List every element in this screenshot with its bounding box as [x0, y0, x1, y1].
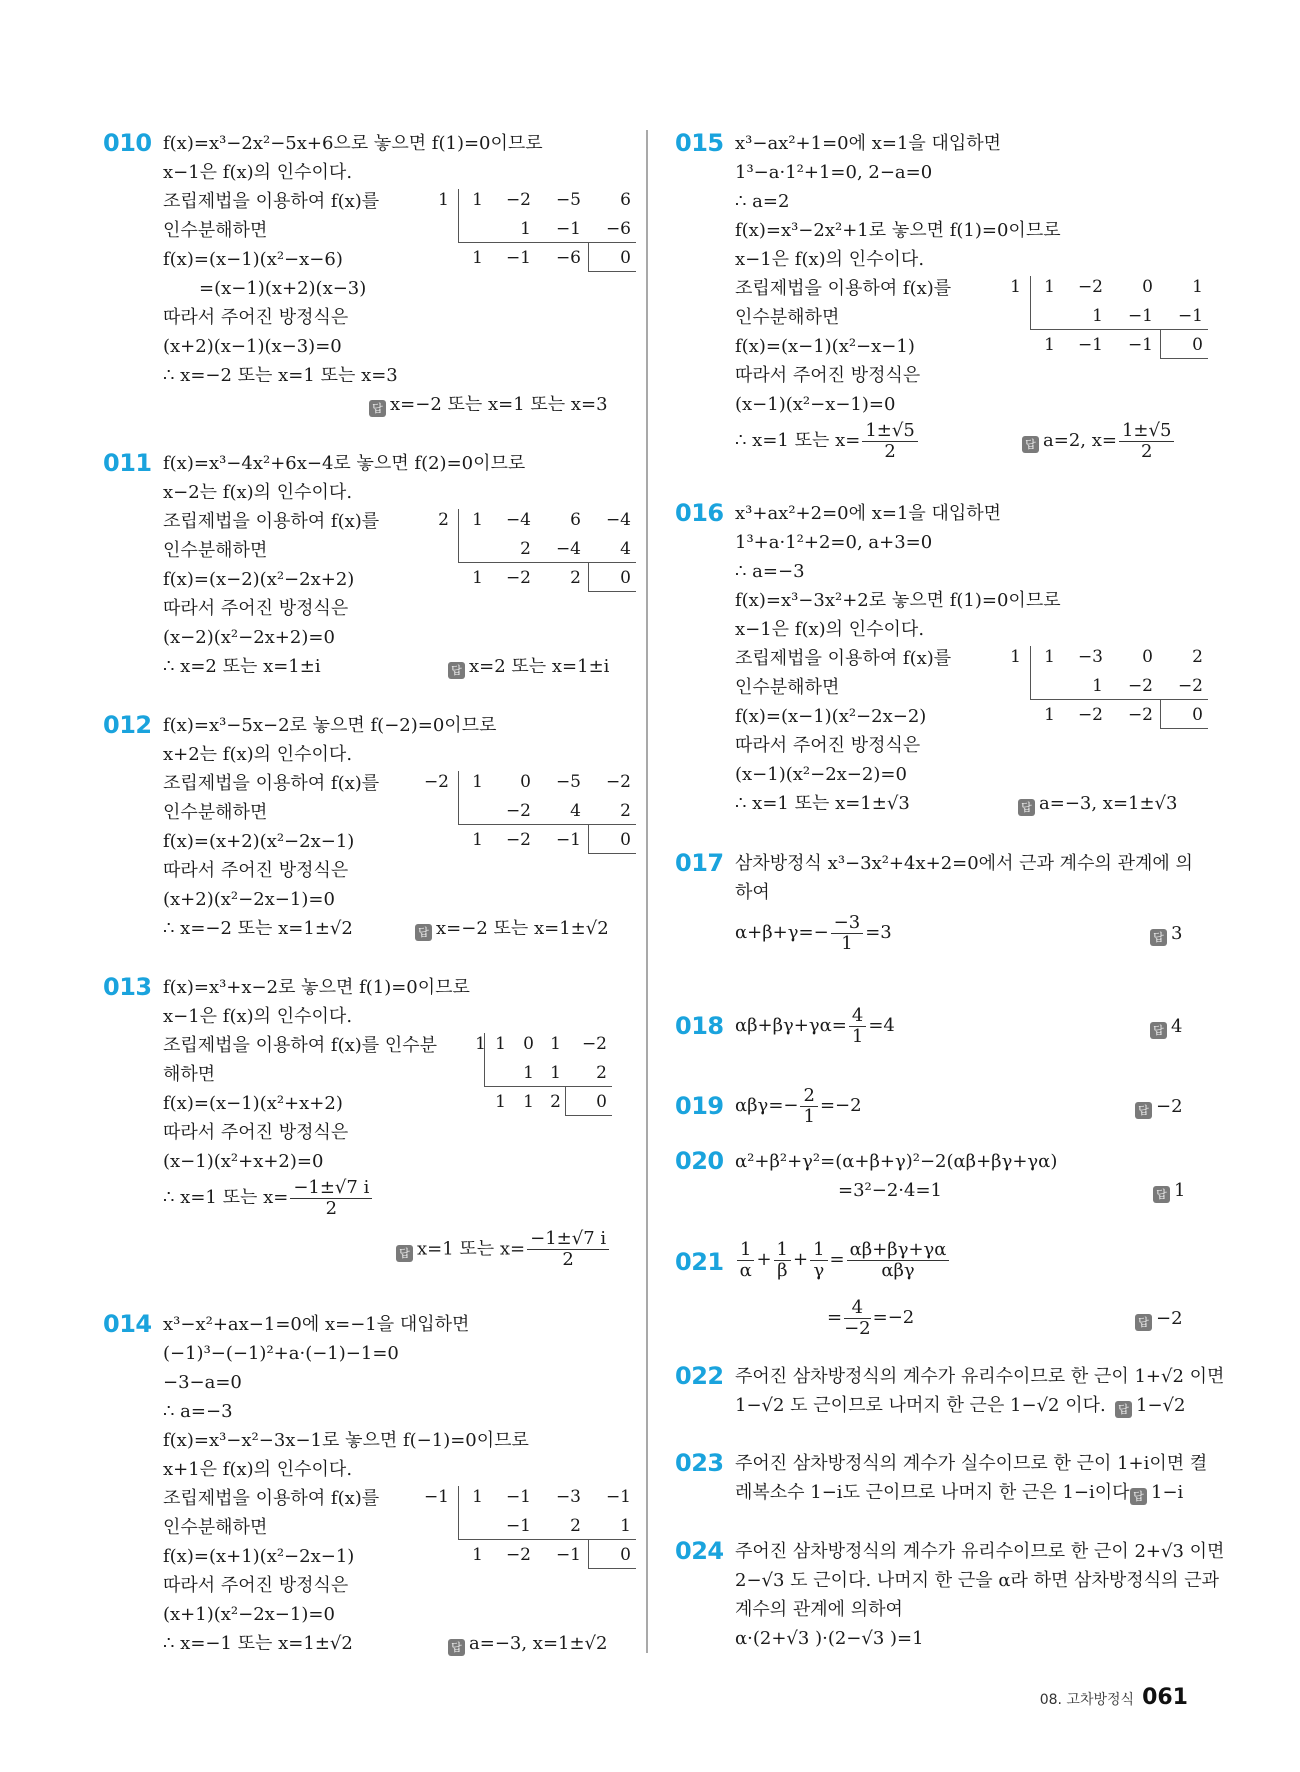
synth-cell: −2: [491, 1542, 531, 1568]
solution-line: x−1은 f(x)의 인수이다.: [735, 615, 1061, 644]
numerator: αβ+βγ+γα: [847, 1240, 950, 1261]
solution-line: 하여: [735, 878, 1193, 907]
solution-line: x−1은 f(x)의 인수이다.: [163, 158, 543, 187]
fraction: 1±√52: [862, 421, 917, 462]
solution-line: f(x)=x³−4x²+6x−4로 놓으면 f(2)=0이므로: [163, 449, 525, 478]
solution-line: 1³−a·1²+1=0, 2−a=0: [735, 158, 1061, 187]
fraction: 1±√52: [1119, 421, 1174, 462]
answer-text: 1−i: [1151, 1482, 1183, 1503]
page-footer: 08. 고차방정식061: [1040, 1685, 1188, 1710]
solution-line: x+2는 f(x)의 인수이다.: [163, 740, 496, 769]
numerator: 1: [737, 1240, 754, 1261]
synth-cell: −1: [1163, 303, 1203, 329]
solution-line: x+1은 f(x)의 인수이다.: [163, 1455, 529, 1484]
solution-line: x³−x²+ax−1=0에 x=−1을 대입하면: [163, 1310, 529, 1339]
denominator: 2: [527, 1250, 609, 1270]
solution-line: f(x)=x³−x²−3x−1로 놓으면 f(−1)=0이므로: [163, 1426, 529, 1455]
solution-line: (x+1)(x²−2x−1)=0: [163, 1600, 529, 1629]
denominator: γ: [810, 1261, 827, 1281]
solution-line: ∴ a=−3: [735, 557, 1061, 586]
synth-cell: −2: [1063, 702, 1103, 728]
solution-line: α·(2+√3 )·(2−√3 )=1: [735, 1624, 1224, 1653]
solution-line: 따라서 주어진 방정식은: [163, 856, 496, 885]
answer-marker-icon: 답: [1130, 1488, 1147, 1505]
chapter-title: 08. 고차방정식: [1040, 1692, 1134, 1708]
solution-line: 따라서 주어진 방정식은: [163, 1118, 470, 1147]
fraction: 4−2: [844, 1298, 871, 1339]
problem-number: 024: [675, 1537, 724, 1566]
answer: 답1−i: [1130, 1478, 1183, 1507]
synth-cell: −1: [491, 1513, 531, 1539]
solution-body: αβγ=−21=−2: [735, 1084, 862, 1128]
numerator: 1: [810, 1240, 827, 1261]
solution-line: (x+2)(x²−2x−1)=0: [163, 885, 496, 914]
synth-cell: 1: [1063, 303, 1103, 329]
equation-text: =−2: [873, 1307, 915, 1328]
column-divider: [646, 130, 648, 1653]
answer-marker-icon: 답: [1022, 436, 1039, 453]
equation-text: αβγ=−: [735, 1095, 798, 1116]
synth-cell: 4: [541, 798, 581, 824]
synth-cell: −2: [491, 187, 531, 213]
answer: 답x=−2 또는 x=1±√2: [415, 914, 609, 943]
numerator: 4: [844, 1298, 871, 1319]
numerator: 4: [849, 1006, 866, 1027]
synth-cell: 6: [591, 187, 631, 213]
answer: 답x=2 또는 x=1±i: [448, 652, 609, 681]
synth-cell: 2: [491, 536, 531, 562]
answer: 답x=1 또는 x=−1±√7 i2: [396, 1229, 611, 1270]
synth-cell: 1: [1015, 274, 1055, 300]
solution-line: α²+β²+γ²=(α+β+γ)²−2(αβ+βγ+γα): [735, 1147, 1057, 1176]
solution-line: −3−a=0: [163, 1368, 529, 1397]
synth-cell: −2: [491, 827, 531, 853]
numerator: −1±√7 i: [290, 1178, 372, 1199]
problem-number: 010: [103, 129, 152, 158]
solution-line: ∴ a=2: [735, 187, 1061, 216]
denominator: α: [737, 1261, 754, 1281]
solution-body: α²+β²+γ²=(α+β+γ)²−2(αβ+βγ+γα) =3²−2·4=1: [735, 1147, 1057, 1205]
answer: 답3: [1150, 919, 1182, 948]
synth-cell: 0: [591, 827, 631, 853]
synth-cell: 1: [443, 187, 483, 213]
synth-cell: 2: [521, 1089, 561, 1115]
fraction: 41: [849, 1006, 866, 1047]
answer-text: 1−√2: [1136, 1395, 1185, 1416]
answer: 답a=−3, x=1±√2: [448, 1629, 607, 1658]
solution-line: x−1은 f(x)의 인수이다.: [163, 1002, 470, 1031]
synth-cell: −1: [591, 1484, 631, 1510]
synth-cell: 0: [491, 769, 531, 795]
synth-cell: 2: [591, 798, 631, 824]
synth-cell: −1: [491, 245, 531, 271]
synth-cell: 0: [591, 1542, 631, 1568]
solution-line: 따라서 주어진 방정식은: [735, 731, 1061, 760]
fraction: 1β: [774, 1240, 791, 1281]
denominator: 1: [831, 934, 864, 954]
synth-cell: −2: [1063, 274, 1103, 300]
solution-line: ∴ x=1 또는 x=−1±√7 i2: [163, 1176, 470, 1220]
answer-marker-icon: 답: [1150, 1022, 1167, 1039]
solution-line: x³−ax²+1=0에 x=1을 대입하면: [735, 129, 1061, 158]
numerator: 1±√5: [1119, 421, 1174, 442]
denominator: 2: [862, 442, 917, 462]
solution-line: 계수의 관계에 의하여: [735, 1595, 1224, 1624]
synth-cell: 6: [541, 507, 581, 533]
solution-line: x³+ax²+2=0에 x=1을 대입하면: [735, 499, 1061, 528]
page-number: 061: [1142, 1685, 1188, 1710]
synth-cell: 0: [591, 245, 631, 271]
synth-cell: −6: [591, 216, 631, 242]
problem-number: 023: [675, 1449, 724, 1478]
answer-text: −2: [1156, 1308, 1183, 1329]
solution-line: 따라서 주어진 방정식은: [163, 303, 543, 332]
equation-text: αβ+βγ+γα=: [735, 1015, 847, 1036]
synth-cell: 1: [1163, 274, 1203, 300]
solution-body: 주어진 삼차방정식의 계수가 유리수이므로 한 근이 2+√3 이면 2−√3 …: [735, 1537, 1224, 1653]
problem-number: 015: [675, 129, 724, 158]
synth-cell: −2: [1163, 673, 1203, 699]
equation-text: α+β+γ=−: [735, 922, 829, 943]
answer-text: a=−3, x=1±√2: [469, 1633, 607, 1654]
problem-number: 020: [675, 1147, 724, 1176]
synth-cell: 1: [443, 565, 483, 591]
synth-cell: 2: [541, 565, 581, 591]
denominator: 2: [290, 1199, 372, 1219]
problem-number: 021: [675, 1248, 724, 1277]
synth-cell: 0: [1163, 702, 1203, 728]
synth-cell: −3: [541, 1484, 581, 1510]
solution-line: 해하면: [163, 1060, 470, 1089]
synth-cell: 1: [1015, 644, 1055, 670]
equation-text: ∴ x=1 또는 x=: [163, 1187, 288, 1208]
solution-line: ∴ x=1 또는 x=1±√3: [735, 789, 1061, 818]
fraction: 1γ: [810, 1240, 827, 1281]
answer-marker-icon: 답: [448, 662, 465, 679]
solution-line: f(x)=x³−2x²+1로 놓으면 f(1)=0이므로: [735, 216, 1061, 245]
synth-cell: 1: [443, 507, 483, 533]
synth-cell: −2: [491, 798, 531, 824]
synth-cell: 1: [443, 769, 483, 795]
solution-line: 삼차방정식 x³−3x²+4x+2=0에서 근과 계수의 관계에 의: [735, 849, 1193, 878]
solution-line: ∴ a=−3: [163, 1397, 529, 1426]
answer-text: x=1 또는 x=: [417, 1239, 525, 1260]
solution-line: αβγ=−21=−2: [735, 1084, 862, 1128]
solution-line: f(x)=x³−3x²+2로 놓으면 f(1)=0이므로: [735, 586, 1061, 615]
solution-line: 2−√3 도 근이다. 나머지 한 근을 α라 하면 삼차방정식의 근과: [735, 1566, 1224, 1595]
synth-cell: −1: [491, 1484, 531, 1510]
solution-line: 주어진 삼차방정식의 계수가 실수이므로 한 근이 1+i이면 켤: [735, 1449, 1207, 1478]
solution-line: (x−1)(x²−2x−2)=0: [735, 760, 1061, 789]
equation-text: ∴ x=1 또는 x=: [735, 430, 860, 451]
problem-number: 011: [103, 449, 152, 478]
solution-line: (x+2)(x−1)(x−3)=0: [163, 332, 543, 361]
solution-line: 따라서 주어진 방정식은: [735, 361, 1061, 390]
denominator: 1: [849, 1027, 866, 1047]
numerator: −1±√7 i: [527, 1229, 609, 1250]
solution-line: 1³+a·1²+2=0, a+3=0: [735, 528, 1061, 557]
synth-cell: 1: [591, 1513, 631, 1539]
answer-marker-icon: 답: [1153, 1186, 1170, 1203]
solution-line: f(x)=(x−1)(x²+x+2): [163, 1089, 470, 1118]
synth-cell: −1: [541, 827, 581, 853]
answer: 답a=−3, x=1±√3: [1018, 789, 1177, 818]
denominator: β: [774, 1261, 791, 1281]
answer-text: a=2, x=: [1043, 430, 1117, 451]
fraction: −1±√7 i2: [527, 1229, 609, 1270]
synth-cell: −2: [491, 565, 531, 591]
solution-line: f(x)=x³+x−2로 놓으면 f(1)=0이므로: [163, 973, 470, 1002]
synth-cell: −1: [541, 1542, 581, 1568]
synth-cell: −4: [491, 507, 531, 533]
synth-cell: 1: [521, 1060, 561, 1086]
solution-line: f(x)=x³−5x−2로 놓으면 f(−2)=0이므로: [163, 711, 496, 740]
answer: 답1−√2: [1115, 1391, 1185, 1420]
answer: 답−2: [1135, 1304, 1183, 1333]
problem-number: 013: [103, 973, 152, 1002]
fraction: −1±√7 i2: [290, 1178, 372, 1219]
answer-marker-icon: 답: [415, 924, 432, 941]
solution-line: 1α+1β+1γ=αβ+βγ+γααβγ: [735, 1238, 951, 1282]
problem-number: 018: [675, 1012, 724, 1041]
answer-marker-icon: 답: [1115, 1401, 1132, 1418]
synth-cell: 1: [1015, 702, 1055, 728]
numerator: 1: [774, 1240, 791, 1261]
answer: 답1: [1153, 1176, 1185, 1205]
solution-line: f(x)=x³−2x²−5x+6으로 놓으면 f(1)=0이므로: [163, 129, 543, 158]
answer: 답x=−2 또는 x=1 또는 x=3: [369, 390, 608, 419]
answer: 답4: [1150, 1012, 1182, 1041]
answer-text: −2: [1156, 1096, 1183, 1117]
synth-cell: 1: [491, 216, 531, 242]
synth-cell: −4: [541, 536, 581, 562]
answer-text: 1: [1174, 1180, 1185, 1201]
problem-number: 019: [675, 1092, 724, 1121]
problem-number: 014: [103, 1310, 152, 1339]
solution-line: x−2는 f(x)의 인수이다.: [163, 478, 525, 507]
synth-cell: 1: [521, 1031, 561, 1057]
solution-line: =(x−1)(x+2)(x−3): [163, 274, 543, 303]
solution-line: (x−2)(x²−2x+2)=0: [163, 623, 525, 652]
answer-marker-icon: 답: [369, 400, 386, 417]
synth-cell: 0: [1113, 644, 1153, 670]
synth-cell: −6: [541, 245, 581, 271]
solution-line: αβ+βγ+γα=41=4: [735, 1004, 895, 1048]
solution-line: 따라서 주어진 방정식은: [163, 594, 525, 623]
solution-line: ∴ x=1 또는 x=1±√52: [735, 419, 1061, 463]
numerator: 2: [800, 1086, 817, 1107]
solution-line: =4−2=−2: [735, 1296, 951, 1340]
synth-cell: 0: [1163, 332, 1203, 358]
synth-cell: −5: [541, 769, 581, 795]
answer-text: 4: [1171, 1016, 1182, 1037]
synth-cell: 2: [541, 1513, 581, 1539]
equation-text: =3: [865, 922, 892, 943]
synth-cell: −1: [1113, 303, 1153, 329]
solution-body: f(x)=x³+x−2로 놓으면 f(1)=0이므로 x−1은 f(x)의 인수…: [163, 973, 470, 1220]
problem-number: 022: [675, 1362, 724, 1391]
numerator: 1±√5: [862, 421, 917, 442]
fraction: αβ+βγ+γααβγ: [847, 1240, 950, 1281]
denominator: αβγ: [847, 1261, 950, 1281]
solution-line: x−1은 f(x)의 인수이다.: [735, 245, 1061, 274]
problem-number: 016: [675, 499, 724, 528]
synth-cell: 0: [591, 565, 631, 591]
synth-cell: 1: [443, 245, 483, 271]
synth-cell: −2: [591, 769, 631, 795]
synth-cell: 1: [443, 1484, 483, 1510]
solution-line: α+β+γ=−−31=3: [735, 911, 1193, 955]
solution-line: (−1)³−(−1)²+a·(−1)−1=0: [163, 1339, 529, 1368]
synth-cell: −2: [567, 1031, 607, 1057]
solution-line: 주어진 삼차방정식의 계수가 유리수이므로 한 근이 2+√3 이면: [735, 1537, 1224, 1566]
synth-cell: 0: [1113, 274, 1153, 300]
answer-marker-icon: 답: [448, 1639, 465, 1656]
answer-text: x=2 또는 x=1±i: [469, 656, 609, 677]
synth-cell: −1: [1113, 332, 1153, 358]
answer-marker-icon: 답: [1018, 799, 1035, 816]
solution-line: (x−1)(x²+x+2)=0: [163, 1147, 470, 1176]
denominator: 1: [800, 1107, 817, 1127]
denominator: −2: [844, 1319, 871, 1339]
synth-cell: −1: [1063, 332, 1103, 358]
answer-text: x=−2 또는 x=1±√2: [436, 918, 609, 939]
equation-text: =4: [868, 1015, 895, 1036]
synth-cell: −2: [1113, 702, 1153, 728]
problem-number: 017: [675, 849, 724, 878]
fraction: 1α: [737, 1240, 754, 1281]
synth-cell: 4: [591, 536, 631, 562]
solution-body: 1α+1β+1γ=αβ+βγ+γααβγ =4−2=−2: [735, 1238, 951, 1340]
synth-cell: 1: [443, 1542, 483, 1568]
fraction: 21: [800, 1086, 817, 1127]
problem-number: 012: [103, 711, 152, 740]
synth-cell: −5: [541, 187, 581, 213]
answer: 답a=2, x=1±√52: [1022, 419, 1176, 463]
solution-line: 따라서 주어진 방정식은: [163, 1571, 529, 1600]
denominator: 2: [1119, 442, 1174, 462]
solution-line: 조립제법을 이용하여 f(x)를 인수분: [163, 1031, 470, 1060]
answer-text: x=−2 또는 x=1 또는 x=3: [390, 394, 608, 415]
solution-body: 삼차방정식 x³−3x²+4x+2=0에서 근과 계수의 관계에 의 하여 α+…: [735, 849, 1193, 955]
equation-text: =−2: [820, 1095, 862, 1116]
synth-cell: 2: [567, 1060, 607, 1086]
synth-cell: −2: [1113, 673, 1153, 699]
synth-cell: 2: [1163, 644, 1203, 670]
answer-marker-icon: 답: [396, 1245, 413, 1262]
fraction: −31: [831, 913, 864, 954]
answer-marker-icon: 답: [1150, 929, 1167, 946]
numerator: −3: [831, 913, 864, 934]
solution-line: ∴ x=−2 또는 x=1 또는 x=3: [163, 361, 543, 390]
solution-line: =3²−2·4=1: [735, 1176, 1057, 1205]
synth-cell: 1: [1063, 673, 1103, 699]
solution-body: αβ+βγ+γα=41=4: [735, 1004, 895, 1048]
synth-cell: 1: [1015, 332, 1055, 358]
answer-marker-icon: 답: [1135, 1102, 1152, 1119]
answer-text: 3: [1171, 923, 1182, 944]
solution-line: (x−1)(x²−x−1)=0: [735, 390, 1061, 419]
synth-cell: 0: [567, 1089, 607, 1115]
synth-cell: −1: [541, 216, 581, 242]
answer: 답−2: [1135, 1092, 1183, 1121]
synth-cell: −4: [591, 507, 631, 533]
answer-marker-icon: 답: [1135, 1314, 1152, 1331]
synth-cell: 1: [443, 827, 483, 853]
answer-text: a=−3, x=1±√3: [1039, 793, 1177, 814]
solution-line: 주어진 삼차방정식의 계수가 유리수이므로 한 근이 1+√2 이면: [735, 1362, 1224, 1391]
synth-cell: −3: [1063, 644, 1103, 670]
